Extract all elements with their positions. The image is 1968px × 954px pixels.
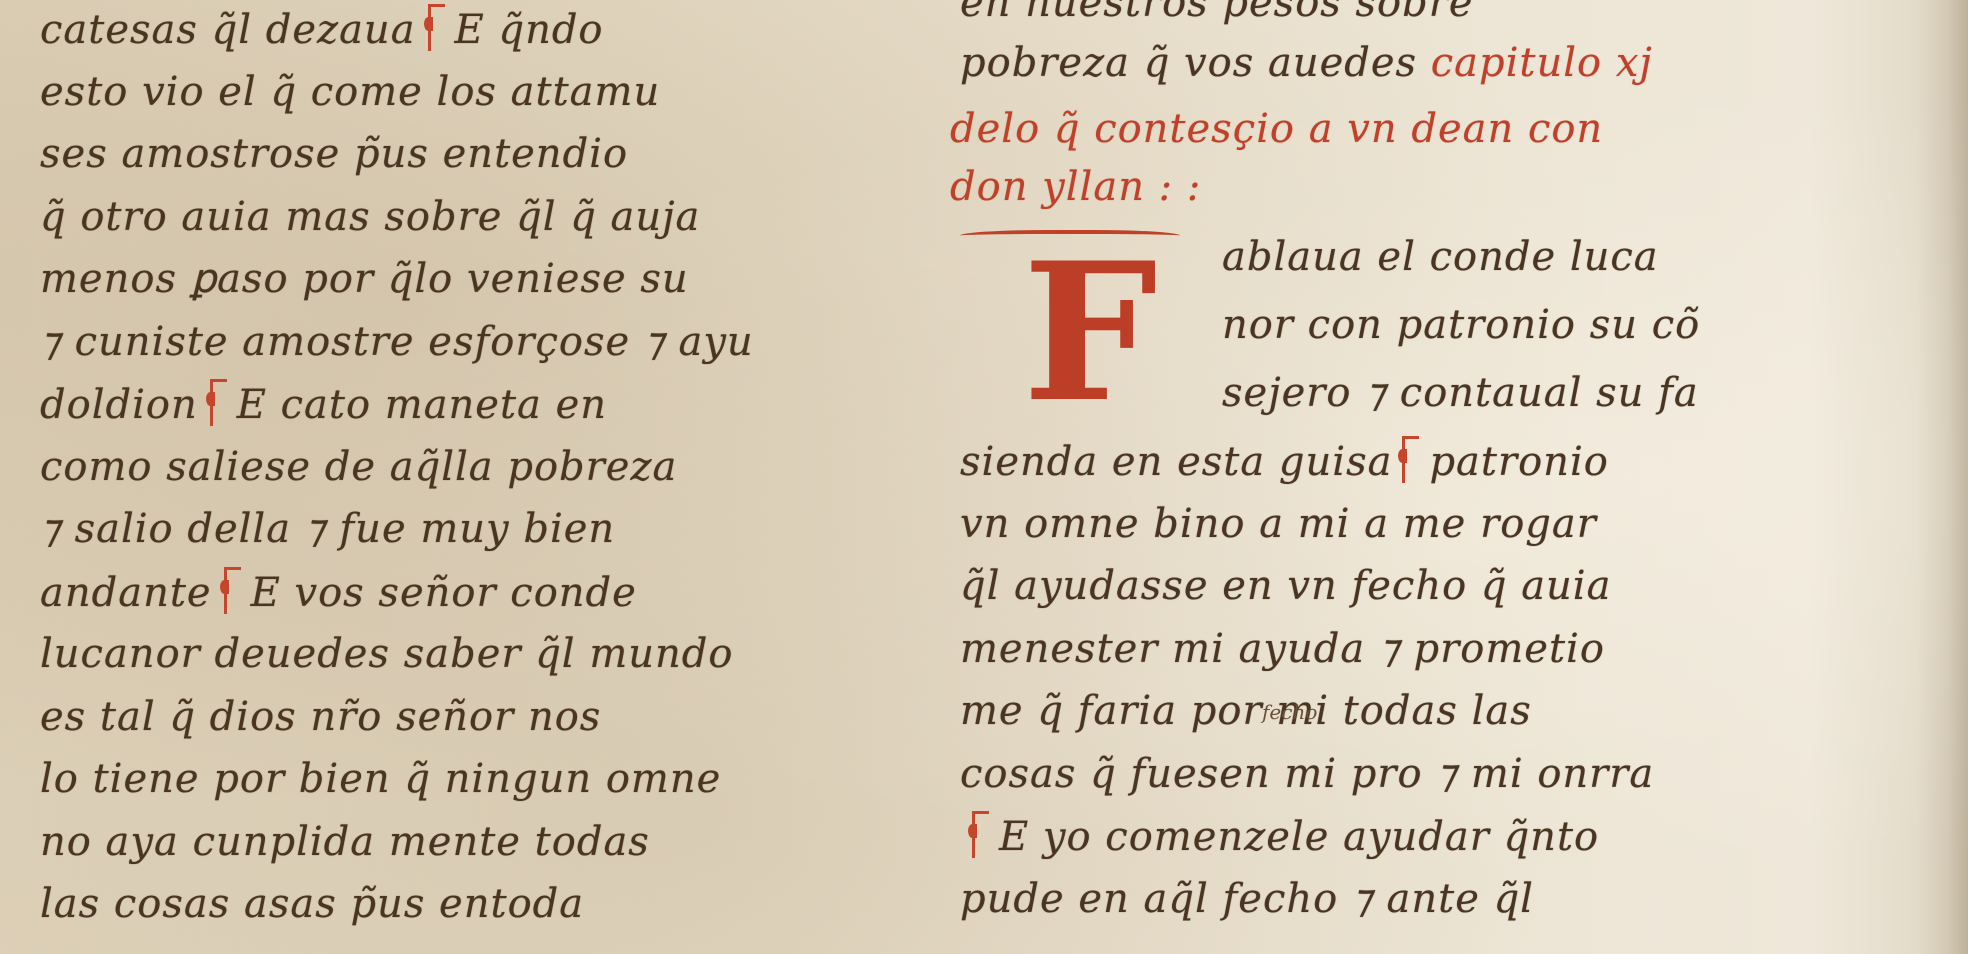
line-text: vn omne bino a mi a me rogar: [960, 501, 1597, 547]
line-text: me q̃ faria por mi todas las: [960, 688, 1532, 734]
page-edge-shadow: [1918, 0, 1968, 954]
left-line: es tal q̃ dios nr̃o señor nos: [40, 692, 601, 742]
left-line: lucanor deuedes saber q̃l mundo: [40, 629, 733, 679]
line-text: menos ꝑaso por q̃lo veniese su: [40, 256, 689, 302]
paragraph-mark-icon: [428, 4, 445, 51]
right-line-1-text: pobreza q̃ vos auedes: [960, 40, 1417, 86]
left-line: ⁊ salio della ⁊ fue muy bien: [40, 504, 615, 554]
line-text: q̃ otro auia mas sobre q̃l q̃ auja: [40, 194, 700, 240]
line-text: lo tiene por bien q̃ ningun omne: [40, 756, 721, 802]
left-line: esto vio el q̃ come los attamu: [40, 67, 660, 117]
paragraph-mark-icon: [224, 567, 241, 614]
left-line: menos ꝑaso por q̃lo veniese su: [40, 254, 689, 304]
line-text: catesas q̃l dezaua: [40, 7, 416, 53]
right-line-0: en nuestros pesos sobre: [960, 0, 1474, 28]
interlinear-gloss-fecho: fecho: [1262, 700, 1317, 724]
line-text: no aya cunplida mente todas: [40, 819, 650, 865]
right-body-line: me q̃ faria por mi todas las: [960, 686, 1532, 736]
beside-initial-line-1: nor con patronio su cõ: [1222, 300, 1700, 350]
line-text-after-mark: E cato maneta en: [237, 382, 607, 428]
line-text: pude en aq̃l fecho ⁊ ante q̃l: [960, 876, 1534, 922]
right-body-line: menester mi ayuda ⁊ prometio: [960, 624, 1605, 674]
line-text: como saliese de aq̃lla pobreza: [40, 444, 677, 490]
left-line: no aya cunplida mente todas: [40, 817, 650, 867]
rubric-line-0: delo q̃ contesçio a vn dean con: [950, 104, 1603, 154]
right-body-line: vn omne bino a mi a me rogar: [960, 499, 1597, 549]
rubric-line-1: don yllan : :: [950, 162, 1201, 212]
line-text: las cosas asas p̃us entoda: [40, 881, 584, 927]
left-line: lo tiene por bien q̃ ningun omne: [40, 754, 721, 804]
line-text-after-mark: E q̃ndo: [455, 7, 604, 53]
line-text-after-mark: patronio: [1429, 439, 1608, 485]
line-text: lucanor deuedes saber q̃l mundo: [40, 631, 733, 677]
line-text: q̃l ayudasse en vn fecho q̃ auia: [960, 563, 1611, 609]
left-line: andanteE vos señor conde: [40, 567, 637, 618]
left-line: ses amostrose p̃us entendio: [40, 129, 628, 179]
paragraph-mark-icon: [210, 379, 227, 426]
right-body-line: pude en aq̃l fecho ⁊ ante q̃l: [960, 874, 1534, 924]
left-line: como saliese de aq̃lla pobreza: [40, 442, 677, 492]
line-text: ses amostrose p̃us entendio: [40, 131, 628, 177]
decorated-initial-f: F: [1000, 238, 1180, 428]
left-line: q̃ otro auia mas sobre q̃l q̃ auja: [40, 192, 700, 242]
left-line: las cosas asas p̃us entoda: [40, 879, 584, 929]
left-line: catesas q̃l dezauaE q̃ndo: [40, 4, 604, 55]
line-text: andante: [40, 570, 212, 616]
right-line-1: pobreza q̃ vos auedes capitulo xj: [960, 38, 1653, 88]
left-line: ⁊ cuniste amostre esforçose ⁊ ayu: [40, 317, 754, 367]
line-text-after-mark: E vos señor conde: [251, 570, 637, 616]
beside-initial-line-0: ablaua el conde luca: [1222, 232, 1659, 282]
line-text: doldion: [40, 382, 198, 428]
paragraph-mark-icon: [1402, 436, 1419, 483]
line-text: es tal q̃ dios nr̃o señor nos: [40, 694, 601, 740]
line-text: menester mi ayuda ⁊ prometio: [960, 626, 1605, 672]
left-line: doldionE cato maneta en: [40, 379, 607, 430]
manuscript-page: catesas q̃l dezauaE q̃ndoesto vio el q̃ …: [0, 0, 1968, 954]
line-text: ⁊ salio della ⁊ fue muy bien: [40, 506, 615, 552]
right-body-line: cosas q̃ fuesen mi pro ⁊ mi onrra: [960, 749, 1654, 799]
line-text: sienda en esta guisa: [960, 439, 1392, 485]
right-body-line: E yo comenzele ayudar q̃nto: [972, 811, 1599, 862]
line-text: cosas q̃ fuesen mi pro ⁊ mi onrra: [960, 751, 1654, 797]
chapter-heading-rubric: capitulo xj: [1431, 40, 1653, 86]
line-text-after-mark: E yo comenzele ayudar q̃nto: [999, 814, 1599, 860]
right-body-line: q̃l ayudasse en vn fecho q̃ auia: [960, 561, 1611, 611]
line-text: ⁊ cuniste amostre esforçose ⁊ ayu: [40, 319, 754, 365]
beside-initial-line-2: sejero ⁊ contaual su fa: [1222, 368, 1699, 418]
line-text: esto vio el q̃ come los attamu: [40, 69, 660, 115]
paragraph-mark-icon: [972, 811, 989, 858]
